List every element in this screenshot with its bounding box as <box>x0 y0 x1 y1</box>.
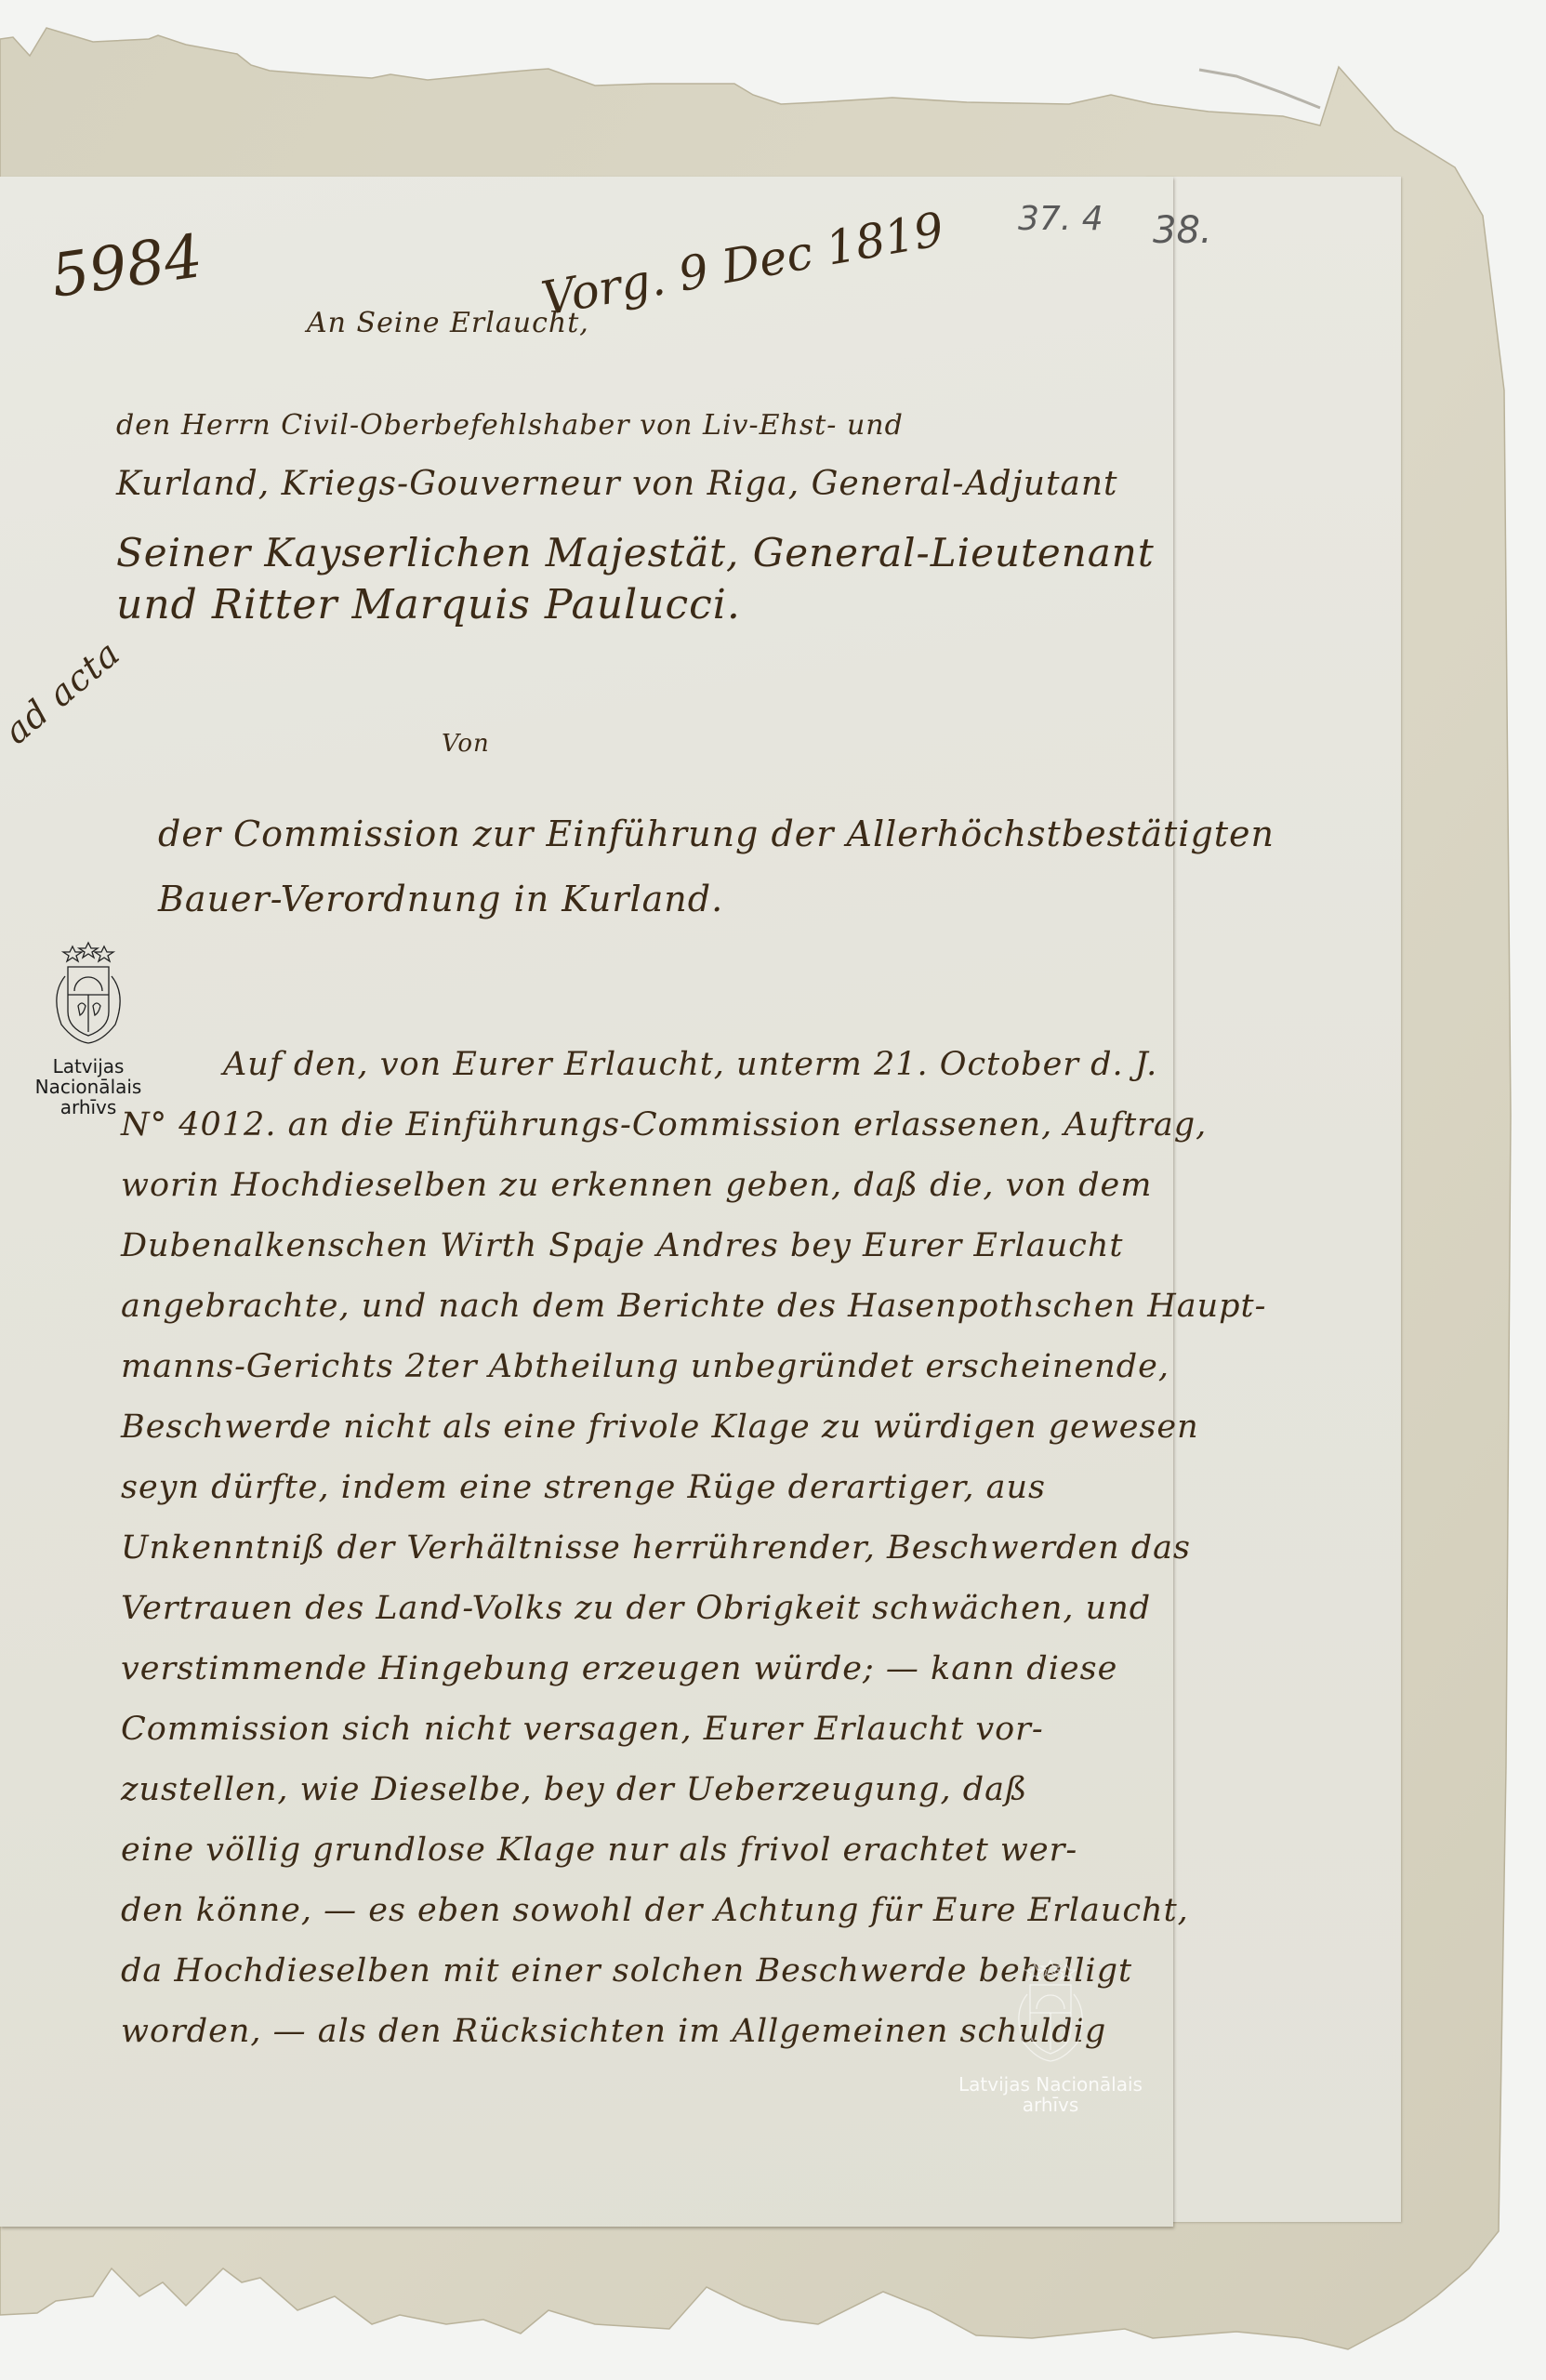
sender-line: der Commission zur Einführung der Allerh… <box>158 813 1275 854</box>
folio-number-new: 38. <box>1153 209 1212 252</box>
addressee-line: Seiner Kayserlichen Majestät, General-Li… <box>116 530 1155 575</box>
addressee-line: den Herrn Civil-Oberbefehlshaber von Liv… <box>116 409 904 442</box>
body-line: zustellen, wie Dieselbe, bey der Ueberze… <box>121 1771 1027 1808</box>
body-line: eine völlig grundlose Klage nur als friv… <box>121 1831 1077 1869</box>
body-line: Unkenntniß der Verhältnisse herrührender… <box>121 1529 1191 1567</box>
addressee-line: und Ritter Marquis Paulucci. <box>116 581 741 628</box>
addressee-line: Kurland, Kriegs-Gouverneur von Riga, Gen… <box>116 465 1118 503</box>
body-line: Vertrauen des Land-Volks zu der Obrigkei… <box>121 1590 1151 1627</box>
archive-name-line2: arhīvs <box>0 1097 177 1117</box>
body-line: angebrachte, und nach dem Berichte des H… <box>121 1288 1266 1325</box>
coat-of-arms-icon <box>37 939 139 1051</box>
coat-of-arms-icon <box>999 1957 1102 2069</box>
sender-line: Bauer-Verordnung in Kurland. <box>158 879 723 919</box>
archive-watermark-dark: Latvijas Nacionālais arhīvs <box>0 939 177 1117</box>
archive-name: Latvijas Nacionālais <box>958 2074 1143 2095</box>
archive-name-line2: arhīvs <box>958 2095 1143 2115</box>
body-line: manns-Gerichts 2ter Abtheilung unbegründ… <box>121 1348 1169 1385</box>
body-line: Beschwerde nicht als eine frivole Klage … <box>121 1408 1199 1446</box>
from-label: Von <box>442 730 490 758</box>
archive-watermark-light: Latvijas Nacionālais arhīvs <box>958 1957 1143 2115</box>
body-line: Dubenalkenschen Wirth Spaje Andres bey E… <box>121 1227 1123 1264</box>
body-line: N° 4012. an die Einführungs-Commission e… <box>121 1106 1207 1144</box>
body-line: Auf den, von Eurer Erlaucht, unterm 21. … <box>223 1046 1157 1083</box>
body-line: seyn dürfte, indem eine strenge Rüge der… <box>121 1469 1046 1506</box>
body-line: verstimmende Hingebung erzeugen würde; —… <box>121 1650 1117 1687</box>
body-line: worin Hochdieselben zu erkennen geben, d… <box>121 1167 1152 1204</box>
salutation: An Seine Erlaucht, <box>307 307 589 339</box>
folio-number-old: 37. 4 <box>1018 200 1103 238</box>
archive-name: Latvijas Nacionālais <box>0 1056 177 1097</box>
body-line: Commission sich nicht versagen, Eurer Er… <box>121 1711 1044 1748</box>
body-line: den könne, — es eben sowohl der Achtung … <box>121 1892 1189 1929</box>
